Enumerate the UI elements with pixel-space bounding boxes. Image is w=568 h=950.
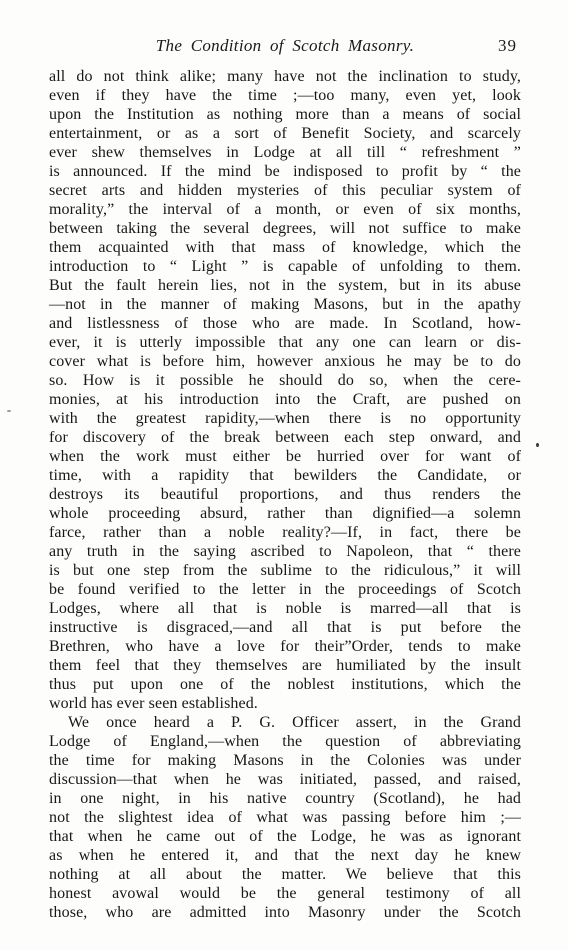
paragraph: all do not think alike; many have not th…: [49, 67, 521, 713]
text-line: Lodge of England,—when the question of a…: [49, 732, 521, 751]
page-title: The Condition of Scotch Masonry.: [49, 36, 521, 56]
text-line: so. How is it possible he should do so, …: [49, 371, 521, 390]
text-line: secret arts and hidden mysteries of this…: [49, 181, 521, 200]
text-line: those, who are admitted into Masonry und…: [49, 903, 521, 922]
text-line: even if they have the time ;—too many, e…: [49, 86, 521, 105]
text-line: for discovery of the break between each …: [49, 428, 521, 447]
text-line: entertainment, or as a sort of Benefit S…: [49, 124, 521, 143]
text-line: Brethren, who have a love for their”Orde…: [49, 637, 521, 656]
text-line: whole proceeding absurd, rather than dig…: [49, 504, 521, 523]
paragraph: We once heard a P. G. Officer assert, in…: [49, 713, 521, 922]
text-line: We once heard a P. G. Officer assert, in…: [49, 713, 521, 732]
text-line: monies, at his introduction into the Cra…: [49, 390, 521, 409]
text-line: morality,” the interval of a month, or e…: [49, 200, 521, 219]
text-line: discussion—that when he was initiated, p…: [49, 770, 521, 789]
text-line: —not in the manner of making Masons, but…: [49, 295, 521, 314]
text-line: not the slightest idea of what was passi…: [49, 808, 521, 827]
text-line: all do not think alike; many have not th…: [49, 67, 521, 86]
text-line: farce, rather than a noble reality?—If, …: [49, 523, 521, 542]
text-line: with the greatest rapidity,—when there i…: [49, 409, 521, 428]
text-line: is announced. If the mind be indisposed …: [49, 162, 521, 181]
text-line: them acquainted with that mass of knowle…: [49, 238, 521, 257]
scan-speck: [7, 410, 11, 412]
text-line: ever shew themselves in Lodge at all til…: [49, 143, 521, 162]
text-line: time, with a rapidity that bewilders the…: [49, 466, 521, 485]
text-line: thus put upon one of the noblest institu…: [49, 675, 521, 694]
book-page: The Condition of Scotch Masonry. 39 all …: [0, 0, 568, 950]
text-line: nothing at all about the matter. We beli…: [49, 865, 521, 884]
text-line: But the fault herein lies, not in the sy…: [49, 276, 521, 295]
text-line: any truth in the saying ascribed to Napo…: [49, 542, 521, 561]
text-line: the time for making Masons in the Coloni…: [49, 751, 521, 770]
scan-speck: [536, 443, 539, 447]
text-line: ever, it is utterly impossible that any …: [49, 333, 521, 352]
page-text: all do not think alike; many have not th…: [49, 67, 521, 922]
page-number: 39: [498, 36, 517, 56]
text-line: instructive is disgraced,—and all that i…: [49, 618, 521, 637]
running-header: The Condition of Scotch Masonry. 39: [49, 36, 521, 56]
text-line: destroys its beautiful proportions, and …: [49, 485, 521, 504]
text-line: when the work must either be hurried ove…: [49, 447, 521, 466]
text-line: them feel that they themselves are humil…: [49, 656, 521, 675]
text-line: world has ever seen established.: [49, 694, 521, 713]
text-line: that when he came out of the Lodge, he w…: [49, 827, 521, 846]
text-line: Lodges, where all that is noble is marre…: [49, 599, 521, 618]
text-line: be found verified to the letter in the p…: [49, 580, 521, 599]
text-line: in one night, in his native country (Sco…: [49, 789, 521, 808]
text-line: upon the Institution as nothing more tha…: [49, 105, 521, 124]
text-line: introduction to “ Light ” is capable of …: [49, 257, 521, 276]
text-line: as when he entered it, and that the next…: [49, 846, 521, 865]
text-line: honest avowal would be the general testi…: [49, 884, 521, 903]
text-line: and listlessness of those who are made. …: [49, 314, 521, 333]
text-line: cover what is before him, however anxiou…: [49, 352, 521, 371]
text-line: is but one step from the sublime to the …: [49, 561, 521, 580]
text-line: between taking the several degrees, will…: [49, 219, 521, 238]
